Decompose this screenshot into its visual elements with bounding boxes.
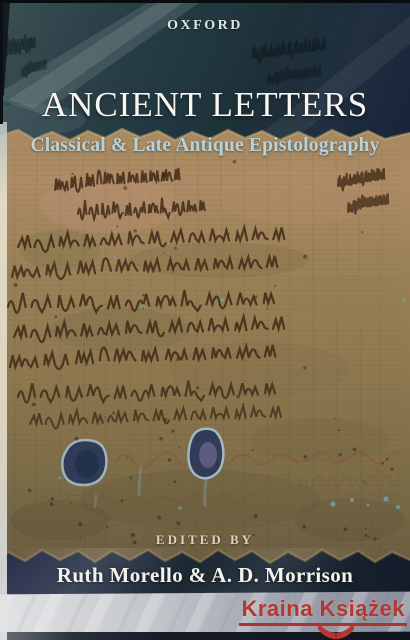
speck <box>123 186 127 190</box>
papyrus-specks <box>13 160 393 545</box>
speck <box>54 315 57 318</box>
speck <box>252 449 254 451</box>
papyrus-holes <box>62 429 223 508</box>
fiber <box>10 190 406 191</box>
speck <box>254 296 257 299</box>
book-title: ANCIENT LETTERS <box>0 85 410 125</box>
speck <box>233 160 237 164</box>
speck <box>164 252 165 253</box>
papyrus-mottling <box>10 165 410 542</box>
speck <box>371 522 373 524</box>
speck <box>353 447 357 451</box>
torn-edge-highlights <box>0 129 410 563</box>
speck <box>216 463 218 465</box>
fiber <box>14 148 15 552</box>
fiber <box>10 290 403 291</box>
fiber <box>83 148 85 552</box>
publisher-logotype: OXFORD <box>0 18 410 34</box>
speck <box>303 366 306 369</box>
fiber <box>5 460 400 461</box>
script-line <box>18 381 275 403</box>
fiber <box>9 284 403 285</box>
photo-edge <box>0 0 3 124</box>
fiber <box>6 374 401 375</box>
speck <box>133 229 136 232</box>
fiber <box>9 324 401 325</box>
fiber <box>8 304 402 305</box>
speck <box>174 247 177 250</box>
fiber <box>5 269 400 270</box>
speck <box>302 525 306 529</box>
speck <box>75 437 79 441</box>
speck <box>236 395 239 398</box>
fiber <box>6 499 400 500</box>
speck <box>334 418 336 420</box>
open-book-icon <box>314 622 358 640</box>
script-line <box>30 406 281 429</box>
speck <box>177 522 181 526</box>
fiber <box>267 148 268 552</box>
fiber <box>9 490 400 491</box>
fiber <box>10 470 405 471</box>
speck <box>120 499 123 502</box>
speck <box>390 467 393 470</box>
fiber <box>7 175 401 176</box>
speck <box>164 418 168 422</box>
speck <box>146 506 147 507</box>
fiber <box>9 400 402 401</box>
speck <box>28 489 32 493</box>
speck <box>162 173 166 177</box>
fiber <box>221 148 224 552</box>
fiber <box>7 184 405 185</box>
script-line <box>55 168 180 192</box>
fiber <box>10 259 405 260</box>
fiber <box>60 148 61 552</box>
script-line <box>18 228 284 252</box>
papyrus-hole <box>62 440 106 485</box>
script-line <box>78 198 205 220</box>
speck <box>142 294 145 297</box>
fiber <box>150 148 152 552</box>
fiber <box>289 148 290 552</box>
speck <box>50 503 53 506</box>
script-line <box>12 256 277 279</box>
fiber <box>10 220 402 221</box>
speck <box>168 458 171 461</box>
speck <box>365 528 367 530</box>
fiber <box>379 148 382 552</box>
speck <box>176 357 180 361</box>
speck <box>116 225 118 227</box>
fiber <box>5 424 405 425</box>
fiber <box>35 148 37 552</box>
speck <box>228 233 230 235</box>
script-line <box>338 168 384 191</box>
speck <box>32 402 36 406</box>
speck <box>69 502 71 504</box>
papyrus-hole <box>188 429 223 479</box>
script-line <box>115 452 399 468</box>
editors-names: Ruth Morello & A. D. Morrison <box>0 563 410 588</box>
speck <box>71 173 73 175</box>
speck <box>50 497 53 500</box>
fiber <box>9 504 400 505</box>
speck <box>274 285 276 287</box>
script-line <box>8 290 274 313</box>
fiber <box>10 335 404 336</box>
script-line <box>14 317 284 342</box>
speck <box>344 527 348 531</box>
speck <box>112 412 115 415</box>
fiber <box>8 159 401 160</box>
speck <box>382 462 385 465</box>
speck <box>338 429 340 431</box>
speck <box>157 516 161 520</box>
fiber <box>8 224 406 225</box>
book-subtitle: Classical & Late Antique Epistolography <box>0 135 410 157</box>
fiber <box>129 148 131 552</box>
papyrus-fibers <box>5 148 406 552</box>
shrinkwrap-left-edge <box>0 122 7 640</box>
speck <box>89 482 91 484</box>
fiber <box>175 148 176 552</box>
fiber <box>359 148 362 552</box>
edited-by-label: EDITED BY <box>0 532 410 548</box>
script-line <box>10 345 275 369</box>
fiber <box>8 234 400 235</box>
fiber <box>336 148 337 552</box>
fiber <box>11 360 400 361</box>
blue-flecks <box>59 256 407 509</box>
script-line <box>300 476 401 490</box>
script-line <box>35 495 255 507</box>
fiber <box>8 494 401 495</box>
speck <box>78 522 82 526</box>
speck <box>266 308 268 310</box>
papyrus-fragment <box>0 129 410 563</box>
speck <box>196 386 199 389</box>
speck <box>386 458 388 460</box>
fiber <box>6 165 401 166</box>
speck <box>178 446 180 448</box>
fiber <box>7 275 403 276</box>
speck <box>171 430 174 433</box>
fiber <box>8 465 403 466</box>
book-cover: OXFORD ANCIENT LETTERS Classical & Late … <box>0 0 410 640</box>
fiber <box>196 148 198 552</box>
speck <box>254 514 258 518</box>
speck <box>106 526 108 528</box>
fiber <box>5 515 401 516</box>
fiber <box>9 349 403 350</box>
speck <box>18 334 20 336</box>
speck <box>126 456 128 458</box>
fiber <box>9 215 404 216</box>
speck <box>13 283 17 287</box>
fiber <box>6 254 402 255</box>
speck <box>159 437 163 441</box>
speck <box>104 417 106 419</box>
speck <box>174 480 177 483</box>
script-line <box>348 193 388 213</box>
speck <box>303 255 307 259</box>
fiber <box>11 404 401 405</box>
speck <box>174 351 176 353</box>
speck <box>130 476 132 478</box>
fiber <box>10 229 402 230</box>
fiber <box>5 395 403 396</box>
speck <box>339 453 342 456</box>
fiber <box>9 509 401 510</box>
speck <box>363 481 365 483</box>
speck <box>361 231 363 233</box>
speck <box>303 455 307 459</box>
photo-edge <box>0 0 410 3</box>
